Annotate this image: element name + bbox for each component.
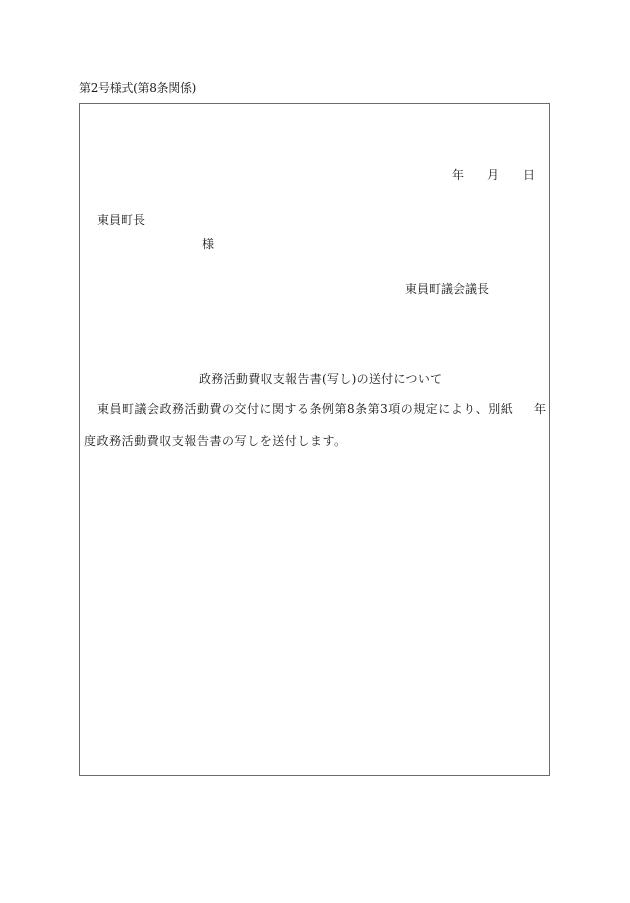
document-subject: 政務活動費収支報告書(写し)の送付について <box>199 370 442 387</box>
body-line-1: 東員町議会政務活動費の交付に関する条例第8条第3項の規定により、別紙 <box>97 400 513 417</box>
date-month-label: 月 <box>487 166 499 183</box>
recipient-honorific: 様 <box>202 235 214 252</box>
date-day-label: 日 <box>523 166 535 183</box>
form-number-label: 第2号様式(第8条関係) <box>79 79 196 96</box>
recipient-title: 東員町長 <box>97 211 145 228</box>
date-year-label: 年 <box>452 166 464 183</box>
sender-title: 東員町議会議長 <box>405 280 489 297</box>
body-year-label: 年 <box>534 400 546 417</box>
body-line-2: 度政務活動費収支報告書の写しを送付します。 <box>84 432 347 449</box>
